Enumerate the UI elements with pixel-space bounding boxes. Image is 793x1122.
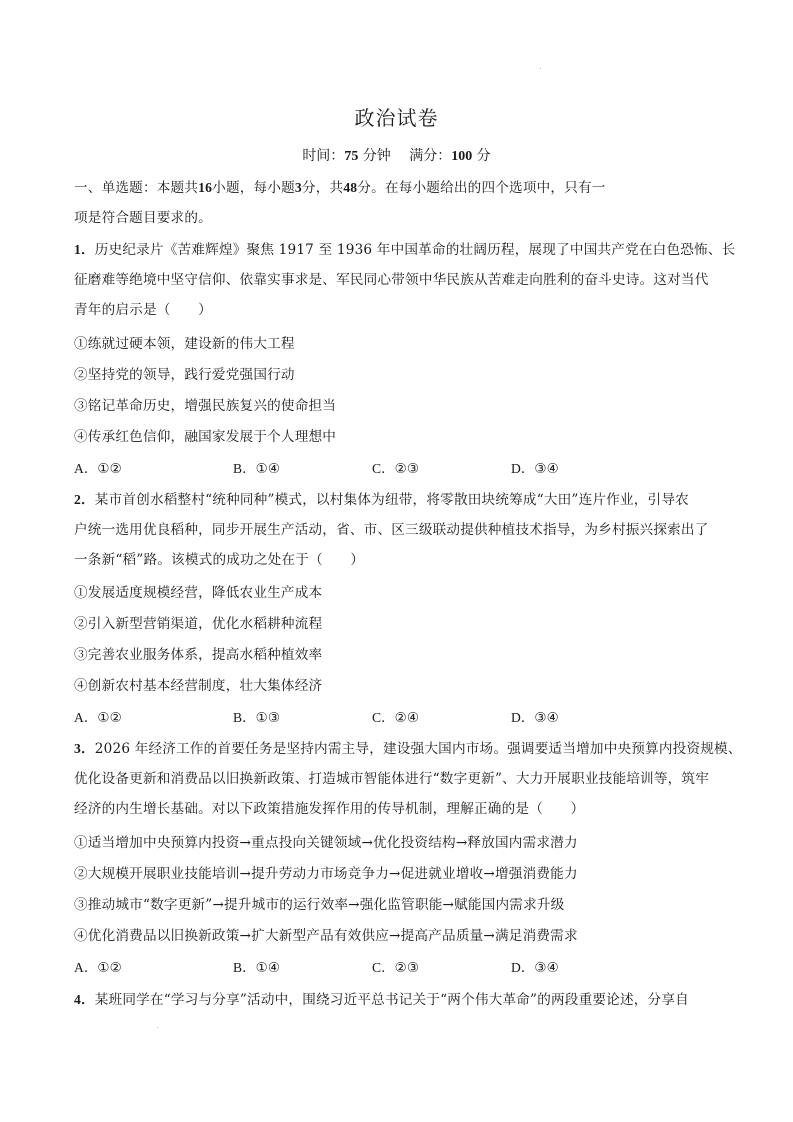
option-letter: A． [74, 960, 97, 975]
stem-line: 经济的内生增长基础。对以下政策措施发挥作用的传导机制，理解正确的是（ ） [74, 797, 724, 817]
section-heading: 一、单选题：本题共16小题，每小题3分，共48分。在每小题给出的四个选项中，只有… [74, 176, 724, 196]
statement: ④优化消费品以旧换新政策→扩大新型产品有效供应→提高产品质量→满足消费需求 [74, 924, 724, 944]
stem-line: 某市首创水稻整村“统种同种”模式，以村集体为纽带，将零散田块统筹成“大田”连片作… [95, 492, 689, 508]
statement: ③推动城市“数字更新”→提升城市的运行效率→强化监管职能→赋能国内需求升级 [74, 893, 724, 913]
score-value: 100 [451, 149, 472, 164]
statement: ①适当增加中央预算内投资→重点投向关键领域→优化投资结构→释放国内需求潜力 [74, 831, 724, 851]
option-value: ②③ [395, 960, 419, 976]
section-text: 一、单选题：本题共 [74, 180, 198, 196]
option-a[interactable]: A．①② [74, 457, 122, 477]
question-number: 4． [74, 992, 95, 1007]
stem-line: 青年的启示是（ ） [74, 298, 724, 318]
question-number: 3． [74, 741, 95, 756]
option-value: ①④ [256, 960, 280, 976]
question-1-stem: 1．历史纪录片《苦难辉煌》聚焦 1917 至 1936 年中国革命的壮阔历程，展… [74, 238, 724, 258]
time-unit: 分钟 [363, 148, 391, 164]
option-letter: D． [511, 461, 534, 476]
section-text: 分。在每小题给出的四个选项中，只有一 [357, 180, 605, 196]
option-letter: A． [74, 461, 97, 476]
option-c[interactable]: C．②③ [372, 457, 419, 477]
statement: ④创新农村基本经营制度，壮大集体经济 [74, 674, 724, 694]
exam-page: 政治试卷 时间：75 分钟 满分：100 分 一、单选题：本题共16小题，每小题… [0, 0, 793, 1122]
statement: ①练就过硬本领，建设新的伟大工程 [74, 332, 724, 352]
stem-line: 征磨难等绝境中坚守信仰、依靠实事求是、军民同心带领中华民族从苦难走向胜利的奋斗史… [74, 268, 724, 288]
stem-line: 一条新“稻”路。该模式的成功之处在于（ ） [74, 548, 724, 568]
stem-line: 2026 年经济工作的首要任务是坚持内需主导，建设强大国内市场。强调要适当增加中… [95, 741, 742, 757]
option-a[interactable]: A．①② [74, 956, 122, 976]
time-label: 时间： [302, 148, 344, 164]
option-b[interactable]: B．①③ [233, 706, 280, 726]
option-letter: C． [372, 960, 395, 975]
option-value: ①④ [256, 461, 280, 477]
option-letter: D． [511, 710, 534, 725]
statement: ②引入新型营销渠道，优化水稻耕种流程 [74, 612, 724, 632]
option-value: ①② [97, 960, 121, 976]
option-value: ①③ [256, 710, 280, 726]
option-letter: D． [511, 960, 534, 975]
option-letter: B． [233, 461, 256, 476]
statement: ③铭记革命历史，增强民族复兴的使命担当 [74, 394, 724, 414]
option-b[interactable]: B．①④ [233, 956, 280, 976]
section-text: 分，共 [302, 180, 343, 196]
question-1-options: A．①② B．①④ C．②③ D．③④ [74, 457, 724, 477]
score-unit: 分 [477, 148, 491, 164]
option-value: ①② [97, 461, 121, 477]
question-count: 16 [198, 180, 212, 195]
option-value: ②④ [395, 710, 419, 726]
question-number: 2． [74, 492, 95, 507]
option-value: ②③ [395, 461, 419, 477]
option-letter: C． [372, 710, 395, 725]
score-label: 满分： [409, 148, 451, 164]
stem-line: 优化设备更新和消费品以旧换新政策、打造城市智能体进行“数字更新”、大力开展职业技… [74, 767, 724, 787]
statement: ④传承红色信仰，融国家发展于个人理想中 [74, 425, 724, 445]
option-c[interactable]: C．②④ [372, 706, 419, 726]
statement: ③完善农业服务体系，提高水稻种植效率 [74, 643, 724, 663]
option-letter: A． [74, 710, 97, 725]
statement: ①发展适度规模经营，降低农业生产成本 [74, 581, 724, 601]
stem-line: 某班同学在“学习与分享”活动中，围绕习近平总书记关于“两个伟大革命”的两段重要论… [95, 992, 689, 1008]
option-value: ③④ [534, 960, 558, 976]
question-4-stem: 4．某班同学在“学习与分享”活动中，围绕习近平总书记关于“两个伟大革命”的两段重… [74, 988, 724, 1008]
option-b[interactable]: B．①④ [233, 457, 280, 477]
option-value: ①② [97, 710, 121, 726]
section-heading-cont: 项是符合题目要求的。 [74, 206, 724, 226]
option-letter: B． [233, 710, 256, 725]
option-d[interactable]: D．③④ [511, 956, 559, 976]
option-d[interactable]: D．③④ [511, 457, 559, 477]
scan-speck [157, 1027, 158, 1028]
question-2-stem: 2．某市首创水稻整村“统种同种”模式，以村集体为纽带，将零散田块统筹成“大田”连… [74, 488, 724, 508]
option-a[interactable]: A．①② [74, 706, 122, 726]
option-letter: C． [372, 461, 395, 476]
stem-line: 历史纪录片《苦难辉煌》聚焦 1917 至 1936 年中国革命的壮阔历程，展现了… [95, 242, 736, 258]
question-3-options: A．①② B．①④ C．②③ D．③④ [74, 956, 724, 976]
time-value: 75 [344, 149, 358, 164]
option-value: ③④ [534, 710, 558, 726]
option-d[interactable]: D．③④ [511, 706, 559, 726]
question-3-stem: 3．2026 年经济工作的首要任务是坚持内需主导，建设强大国内市场。强调要适当增… [74, 737, 724, 757]
question-number: 1． [74, 242, 95, 257]
stem-line: 户统一选用优良稻种，同步开展生产活动，省、市、区三级联动提供种植技术指导，为乡村… [74, 518, 724, 538]
scan-speck [540, 68, 541, 69]
points-each: 3 [295, 180, 302, 195]
question-2-options: A．①② B．①③ C．②④ D．③④ [74, 706, 724, 726]
section-text: 小题，每小题 [212, 180, 295, 196]
points-total: 48 [343, 180, 357, 195]
option-letter: B． [233, 960, 256, 975]
exam-meta: 时间：75 分钟 满分：100 分 [0, 145, 793, 165]
page-title: 政治试卷 [0, 102, 793, 131]
option-value: ③④ [534, 461, 558, 477]
statement: ②大规模开展职业技能培训→提升劳动力市场竞争力→促进就业增收→增强消费能力 [74, 862, 724, 882]
option-c[interactable]: C．②③ [372, 956, 419, 976]
statement: ②坚持党的领导，践行爱党强国行动 [74, 363, 724, 383]
